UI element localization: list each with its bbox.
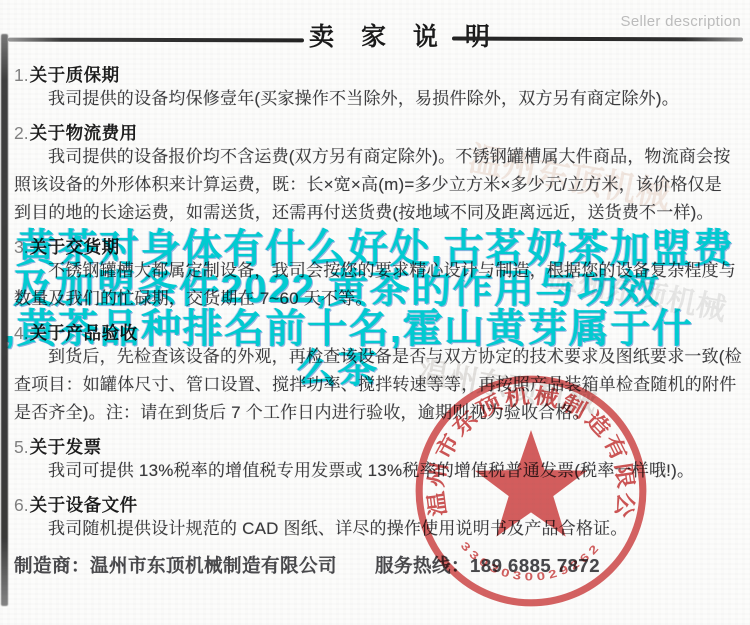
seal-star-icon: [475, 430, 587, 537]
section-heading-text: 关于物流费用: [30, 123, 138, 143]
page-subtitle-english: Seller description: [621, 13, 741, 30]
section-logistics-fee: 2.关于物流费用 我司提供的设备报价均不含运费(双方另有商定除外)。不锈钢罐槽属…: [14, 123, 742, 227]
manufacturer-name: 温州市东顶机械制造有限公司: [90, 555, 337, 576]
page-title: 卖 家 说 明: [309, 17, 500, 53]
section-number: 5.: [14, 437, 29, 457]
section-body-line: 到目的地的长途运费，如需送货，还需再付送货费(按地域不同及距离远近，送货费不一样…: [14, 199, 742, 227]
section-body-line: 我司提供的设备均保修壹年(买家操作不当除外，易损件除外，双方另有商定除外)。: [14, 85, 742, 113]
section-number: 6.: [14, 495, 29, 515]
svg-text:3303030029262: 3303030029262: [458, 540, 604, 583]
seo-overlay-line: ,黄茶品种排名前十名,霍山黄芽属于什: [4, 309, 750, 349]
section-body-line: 照该设备的外形体积来计算运费，既：长×宽×高(m)=多少立方米×多少元/立方米，…: [14, 171, 742, 199]
section-body-line: 我司提供的设备报价均不含运费(双方另有商定除外)。不锈钢罐槽属大件商品，物流商会…: [14, 143, 742, 171]
section-heading-text: 关于设备文件: [30, 495, 138, 515]
seo-overlay-line: 及加盟条件2022,黄茶的作用与功效: [13, 269, 750, 309]
section-heading: 2.关于物流费用: [14, 123, 742, 143]
scan-shadow-left-bar: [1, 34, 8, 606]
company-seal-stamp: 温州市东顶机械制造有限公司 3303030029262: [409, 369, 653, 613]
section-heading-text: 关于质保期: [30, 65, 120, 85]
section-number: 2.: [14, 123, 29, 143]
section-heading: 1.关于质保期: [14, 65, 742, 85]
section-warranty: 1.关于质保期 我司提供的设备均保修壹年(买家操作不当除外，易损件除外，双方另有…: [14, 65, 742, 113]
scanned-seller-description-page: 温州东顶机械 温州东顶机械 温州东顶机械 卖 家 说 明 Seller desc…: [0, 0, 750, 625]
section-number: 1.: [14, 65, 29, 85]
seal-serial-number: 3303030029262: [458, 540, 604, 583]
seo-overlay-text: 黄茶对身体有什么好处,古茗奶茶加盟费 及加盟条件2022,黄茶的作用与功效 ,黄…: [0, 229, 750, 389]
manufacturer-label: 制造商：: [14, 555, 90, 576]
section-heading-text: 关于发票: [30, 437, 102, 457]
seo-overlay-line: 黄茶对身体有什么好处,古茗奶茶加盟费: [16, 229, 750, 269]
title-rule-left: [8, 38, 304, 43]
